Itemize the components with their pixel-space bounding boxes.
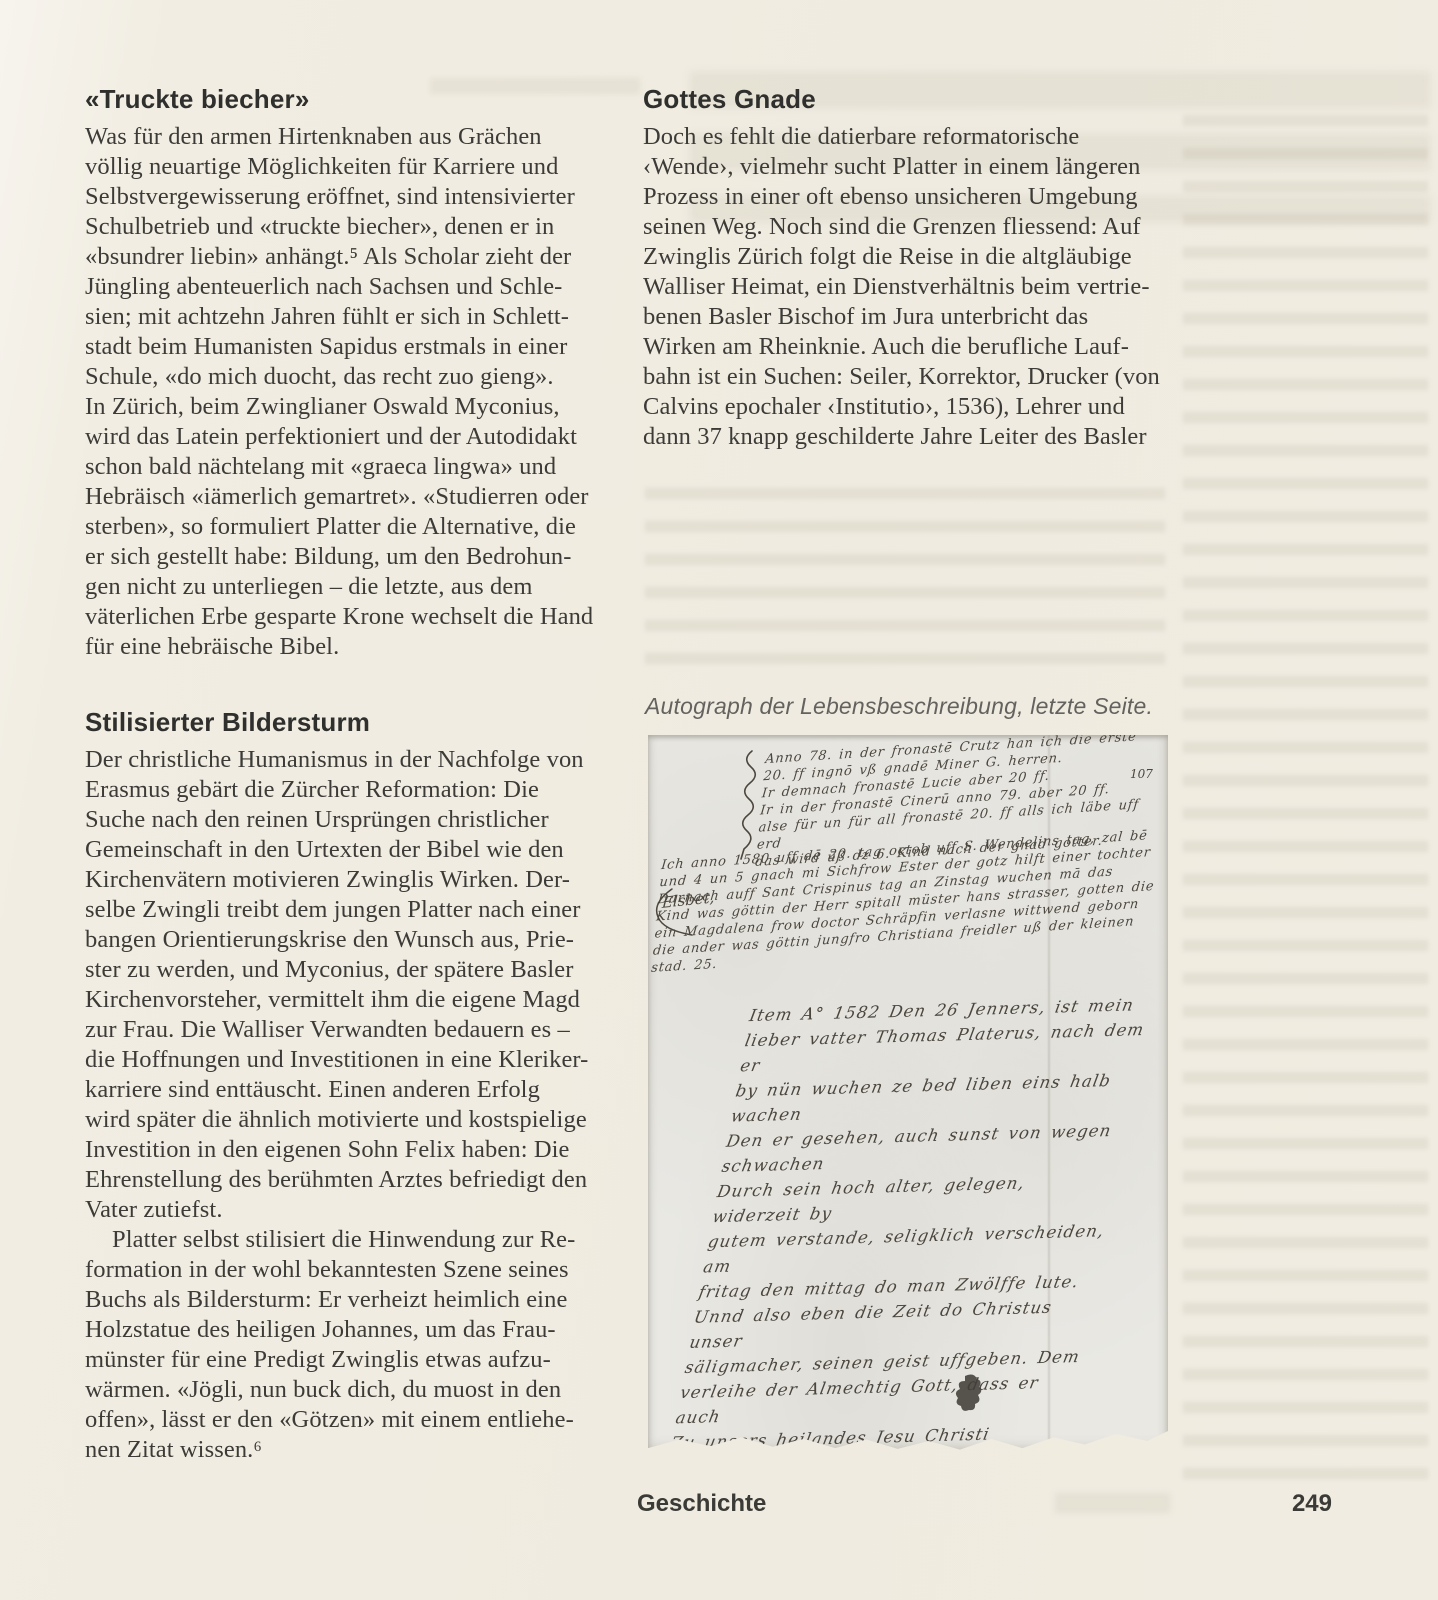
- paragraph-gottes-gnade: Doch es fehlt die datierbare reformatori…: [643, 122, 1188, 452]
- section-heading-stilisierter-bildersturm: Stilisierter Bildersturm: [85, 707, 650, 737]
- bleedthrough-footer: [1055, 1493, 1170, 1513]
- ink-blot: [953, 1373, 987, 1415]
- bleedthrough-right-margin: [1183, 95, 1428, 1480]
- section-heading-gottes-gnade: Gottes Gnade: [643, 84, 1188, 114]
- paragraph-bildersturm-2: Platter selbst stilisiert die Hinwendung…: [85, 1225, 650, 1465]
- section-heading-truckte-biecher: «Truckte biecher»: [85, 84, 650, 114]
- figure-caption: Autograph der Lebensbeschreibung, letzte…: [645, 693, 1185, 720]
- bleedthrough-column-gap: [645, 468, 1165, 686]
- footer-section-label: Geschichte: [637, 1490, 766, 1518]
- magazine-page: { "colors": { "page_bg": "#f0ece1", "bod…: [0, 0, 1438, 1600]
- right-column: Gottes Gnade Doch es fehlt die datierbar…: [643, 84, 1188, 452]
- footer-page-number: 249: [1232, 1490, 1332, 1518]
- left-column: «Truckte biecher» Was für den armen Hirt…: [85, 84, 650, 1465]
- manuscript-block1b: Ich anno 1580 uff dē 20. tag octob uff S…: [650, 826, 1161, 976]
- paragraph-bildersturm-1: Der christliche Humanismus in der Nachfo…: [85, 745, 650, 1225]
- manuscript-photo: 107 Anno 78. in der fronastē Crutz han i…: [648, 735, 1168, 1451]
- paragraph-truckte-biecher: Was für den armen Hirtenknaben aus Gräch…: [85, 122, 650, 662]
- manuscript-block2: Item A° 1582 Den 26 Jenners, ist mein li…: [660, 992, 1152, 1506]
